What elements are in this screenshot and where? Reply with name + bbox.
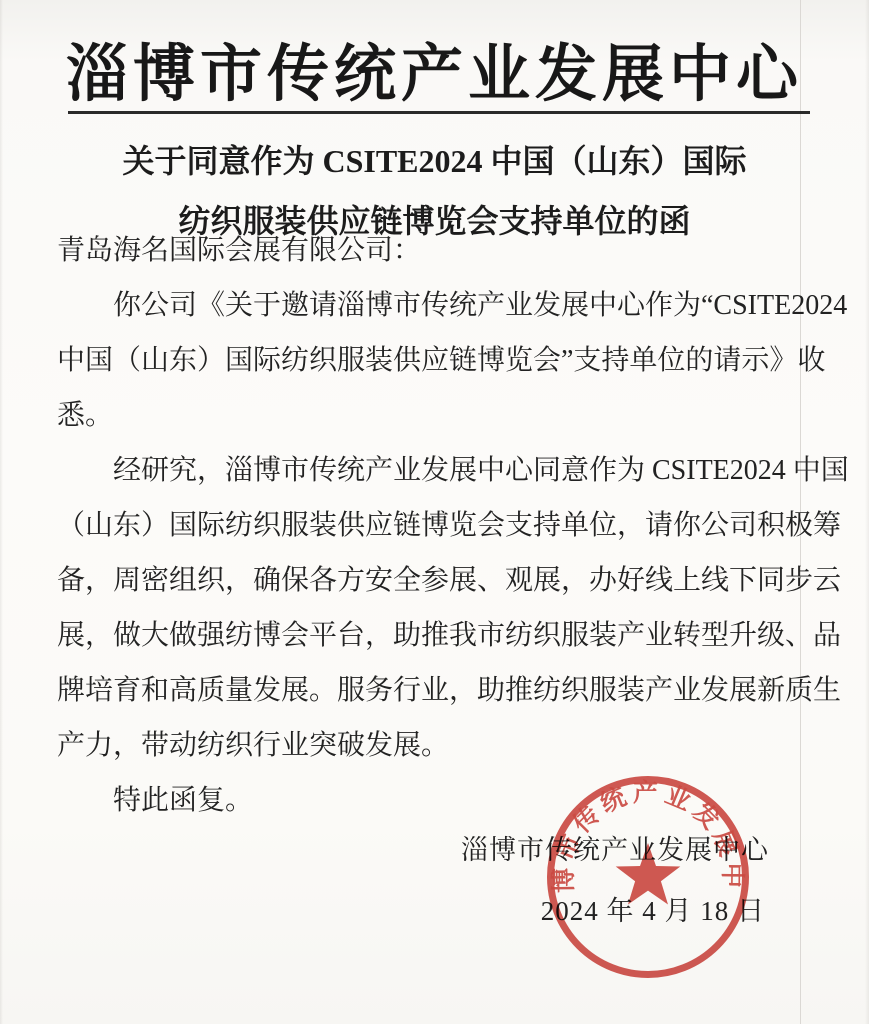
letterhead-rule	[68, 111, 810, 114]
body-line: 中国（山东）国际纺织服装供应链博览会”支持单位的请示》收	[57, 333, 807, 388]
body-line: 展，做大做强纺博会平台，助推我市纺织服装产业转型升级、品	[57, 608, 807, 663]
signature-org-name: 淄博市传统产业发展中心	[461, 828, 769, 867]
body-line: 产力，带动纺织行业突破发展。	[57, 718, 807, 773]
body-line: （山东）国际纺织服装供应链博览会支持单位，请你公司积极筹	[57, 498, 807, 553]
body-line: 悉。	[57, 388, 807, 443]
scanned-letter-page: 淄博市传统产业发展中心 关于同意作为 CSITE2024 中国（山东）国际 纺织…	[0, 0, 869, 1024]
letter-body: 青岛海名国际会展有限公司： 你公司《关于邀请淄博市传统产业发展中心作为“CSIT…	[57, 223, 807, 828]
body-line: 备，周密组织，确保各方安全参展、观展，办好线上线下同步云	[57, 553, 807, 608]
subject-line-1: 关于同意作为 CSITE2024 中国（山东）国际	[0, 136, 869, 182]
body-line: 牌培育和高质量发展。服务行业，助推纺织服装产业发展新质生	[57, 663, 807, 718]
closing-line: 特此函复。	[57, 773, 807, 828]
letterhead-org-title: 淄博市传统产业发展中心	[0, 24, 869, 113]
body-line: 经研究，淄博市传统产业发展中心同意作为 CSITE2024 中国	[57, 443, 807, 498]
body-line: 你公司《关于邀请淄博市传统产业发展中心作为“CSITE2024	[57, 278, 807, 333]
document-date: 2024 年 4 月 18 日	[541, 889, 765, 928]
salutation: 青岛海名国际会展有限公司：	[57, 223, 807, 278]
